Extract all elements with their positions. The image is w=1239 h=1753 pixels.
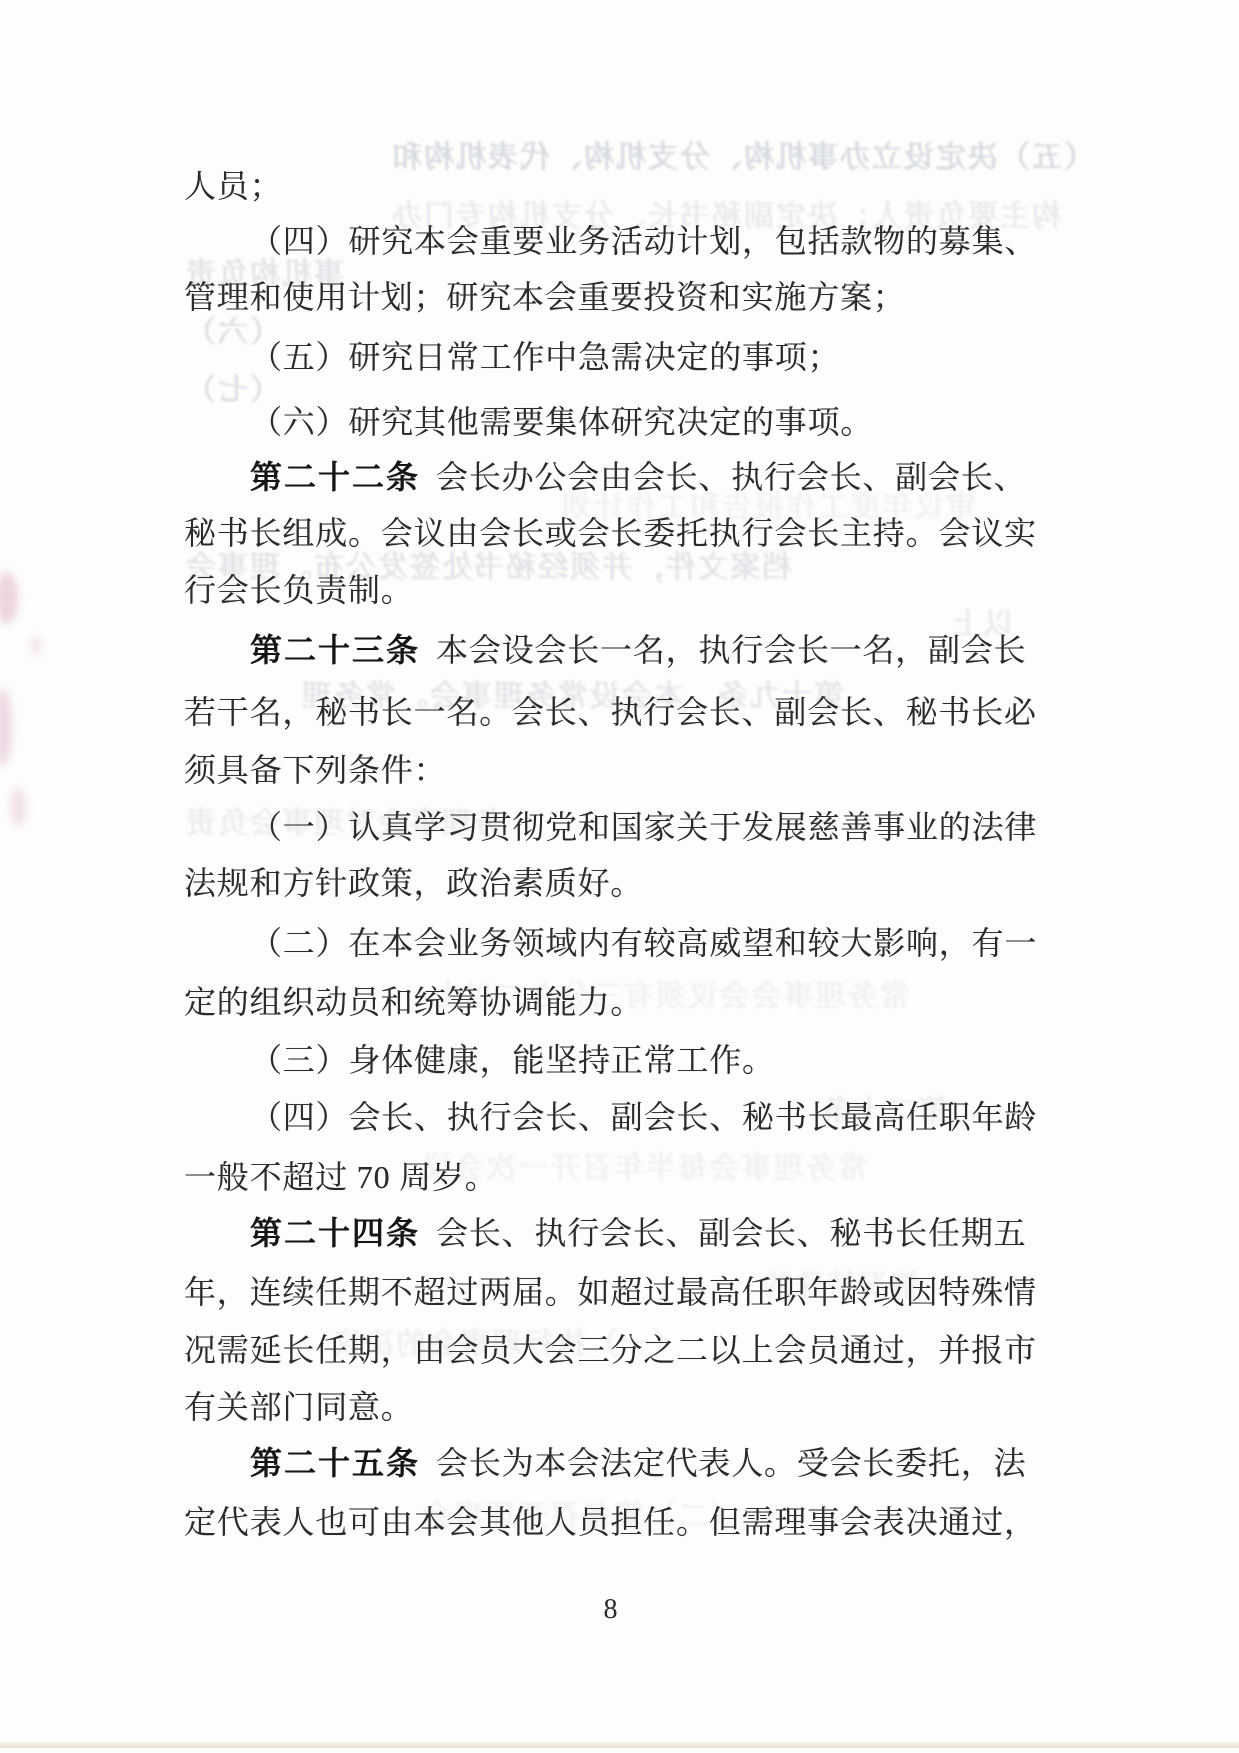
text-line: （四）研究本会重要业务活动计划，包括款物的募集、 <box>250 221 1037 261</box>
page-bottom-edge <box>0 1742 1239 1748</box>
article-number: 第二十二条 <box>250 459 420 495</box>
text-line: （二）在本会业务领域内有较高威望和较大影响，有一 <box>250 923 1037 963</box>
text-line: （一）认真学习贯彻党和国家关于发展慈善事业的法律 <box>250 807 1037 847</box>
text-line: （五）研究日常工作中急需决定的事项； <box>250 337 840 377</box>
text-line: 人员； <box>184 166 282 206</box>
text-line: 一般不超过 70 周岁。 <box>184 1157 498 1197</box>
text-line: （三）身体健康，能坚持正常工作。 <box>250 1040 775 1080</box>
article-number: 第二十三条 <box>250 632 420 668</box>
bleedthrough-text: （五）决定设立办事机构、分支机构、代表机构和 <box>390 139 1094 177</box>
text-line: 定的组织动员和统筹协调能力。 <box>184 982 643 1022</box>
text-line: 须具备下列条件： <box>184 750 446 790</box>
text-line: 况需延长任期，由会员大会三分之二以上会员通过，并报市 <box>184 1330 1037 1370</box>
text-line: 管理和使用计划；研究本会重要投资和实施方案； <box>184 277 906 317</box>
text-line: 行会长负责制。 <box>184 570 414 610</box>
text-line: （四）会长、执行会长、副会长、秘书长最高任职年龄 <box>250 1097 1037 1137</box>
text-line: 年，连续任期不超过两届。如超过最高任职年龄或因特殊情 <box>184 1272 1037 1312</box>
document-page: （五）决定设立办事机构、分支机构、代表机构和构主要负责人；决定副秘书长、分支机构… <box>0 0 1239 1753</box>
article-line: 第二十五条会长为本会法定代表人。受会长委托，法 <box>250 1443 1026 1483</box>
text-line: 法规和方针政策，政治素质好。 <box>184 863 643 903</box>
scan-stain <box>30 636 42 656</box>
article-number: 第二十五条 <box>250 1445 420 1481</box>
text-line: （六）研究其他需要集体研究决定的事项。 <box>250 402 873 442</box>
article-line: 第二十二条会长办公会由会长、执行会长、副会长、 <box>250 457 1026 497</box>
text-line: 定代表人也可由本会其他人员担任。但需理事会表决通过， <box>184 1502 1037 1542</box>
text-line: 秘书长组成。会议由会长或会长委托执行会长主持。会议实 <box>184 513 1037 553</box>
scan-stain <box>10 788 26 826</box>
article-number: 第二十四条 <box>250 1215 420 1251</box>
scan-stain <box>0 688 12 766</box>
text-line: 若干名，秘书长一名。会长、执行会长、副会长、秘书长必 <box>184 692 1037 732</box>
article-line: 第二十三条本会设会长一名，执行会长一名，副会长 <box>250 630 1026 670</box>
page-number: 8 <box>184 1594 1037 1626</box>
scan-stain <box>0 572 18 624</box>
text-line: 有关部门同意。 <box>184 1387 414 1427</box>
article-line: 第二十四条会长、执行会长、副会长、秘书长任期五 <box>250 1213 1026 1253</box>
